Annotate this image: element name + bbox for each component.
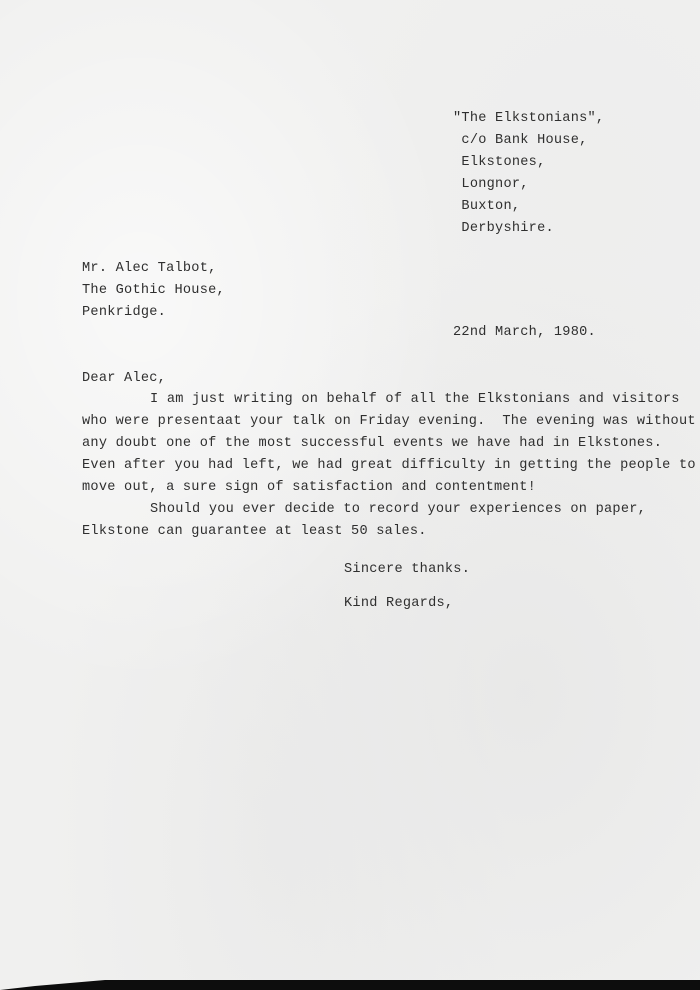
body-line: Elkstone can guarantee at least 50 sales… xyxy=(82,521,696,543)
body-line: any doubt one of the most successful eve… xyxy=(82,433,696,455)
salutation: Dear Alec, xyxy=(82,368,166,390)
body-line: who were presentaat your talk on Friday … xyxy=(82,411,696,433)
recipient-address: Mr. Alec Talbot, The Gothic House, Penkr… xyxy=(82,258,225,324)
body-line: move out, a sure sign of satisfaction an… xyxy=(82,477,696,499)
sender-address-line: Longnor, xyxy=(453,174,604,196)
closing-thanks: Sincere thanks. xyxy=(344,559,470,581)
letter-date: 22nd March, 1980. xyxy=(453,322,596,344)
sender-address-line: Derbyshire. xyxy=(453,218,604,240)
body-line: Should you ever decide to record your ex… xyxy=(82,499,696,521)
sender-address-line: Elkstones, xyxy=(453,152,604,174)
body-line: I am just writing on behalf of all the E… xyxy=(82,389,696,411)
closing-regards: Kind Regards, xyxy=(344,593,453,615)
recipient-address-line: The Gothic House, xyxy=(82,280,225,302)
recipient-address-line: Penkridge. xyxy=(82,302,225,324)
sender-address: "The Elkstonians", c/o Bank House, Elkst… xyxy=(453,108,604,240)
scan-bottom-edge xyxy=(0,980,700,990)
letter-body: I am just writing on behalf of all the E… xyxy=(82,389,696,543)
sender-address-line: Buxton, xyxy=(453,196,604,218)
body-line: Even after you had left, we had great di… xyxy=(82,455,696,477)
recipient-address-line: Mr. Alec Talbot, xyxy=(82,258,225,280)
sender-address-line: c/o Bank House, xyxy=(453,130,604,152)
sender-address-line: "The Elkstonians", xyxy=(453,108,604,130)
